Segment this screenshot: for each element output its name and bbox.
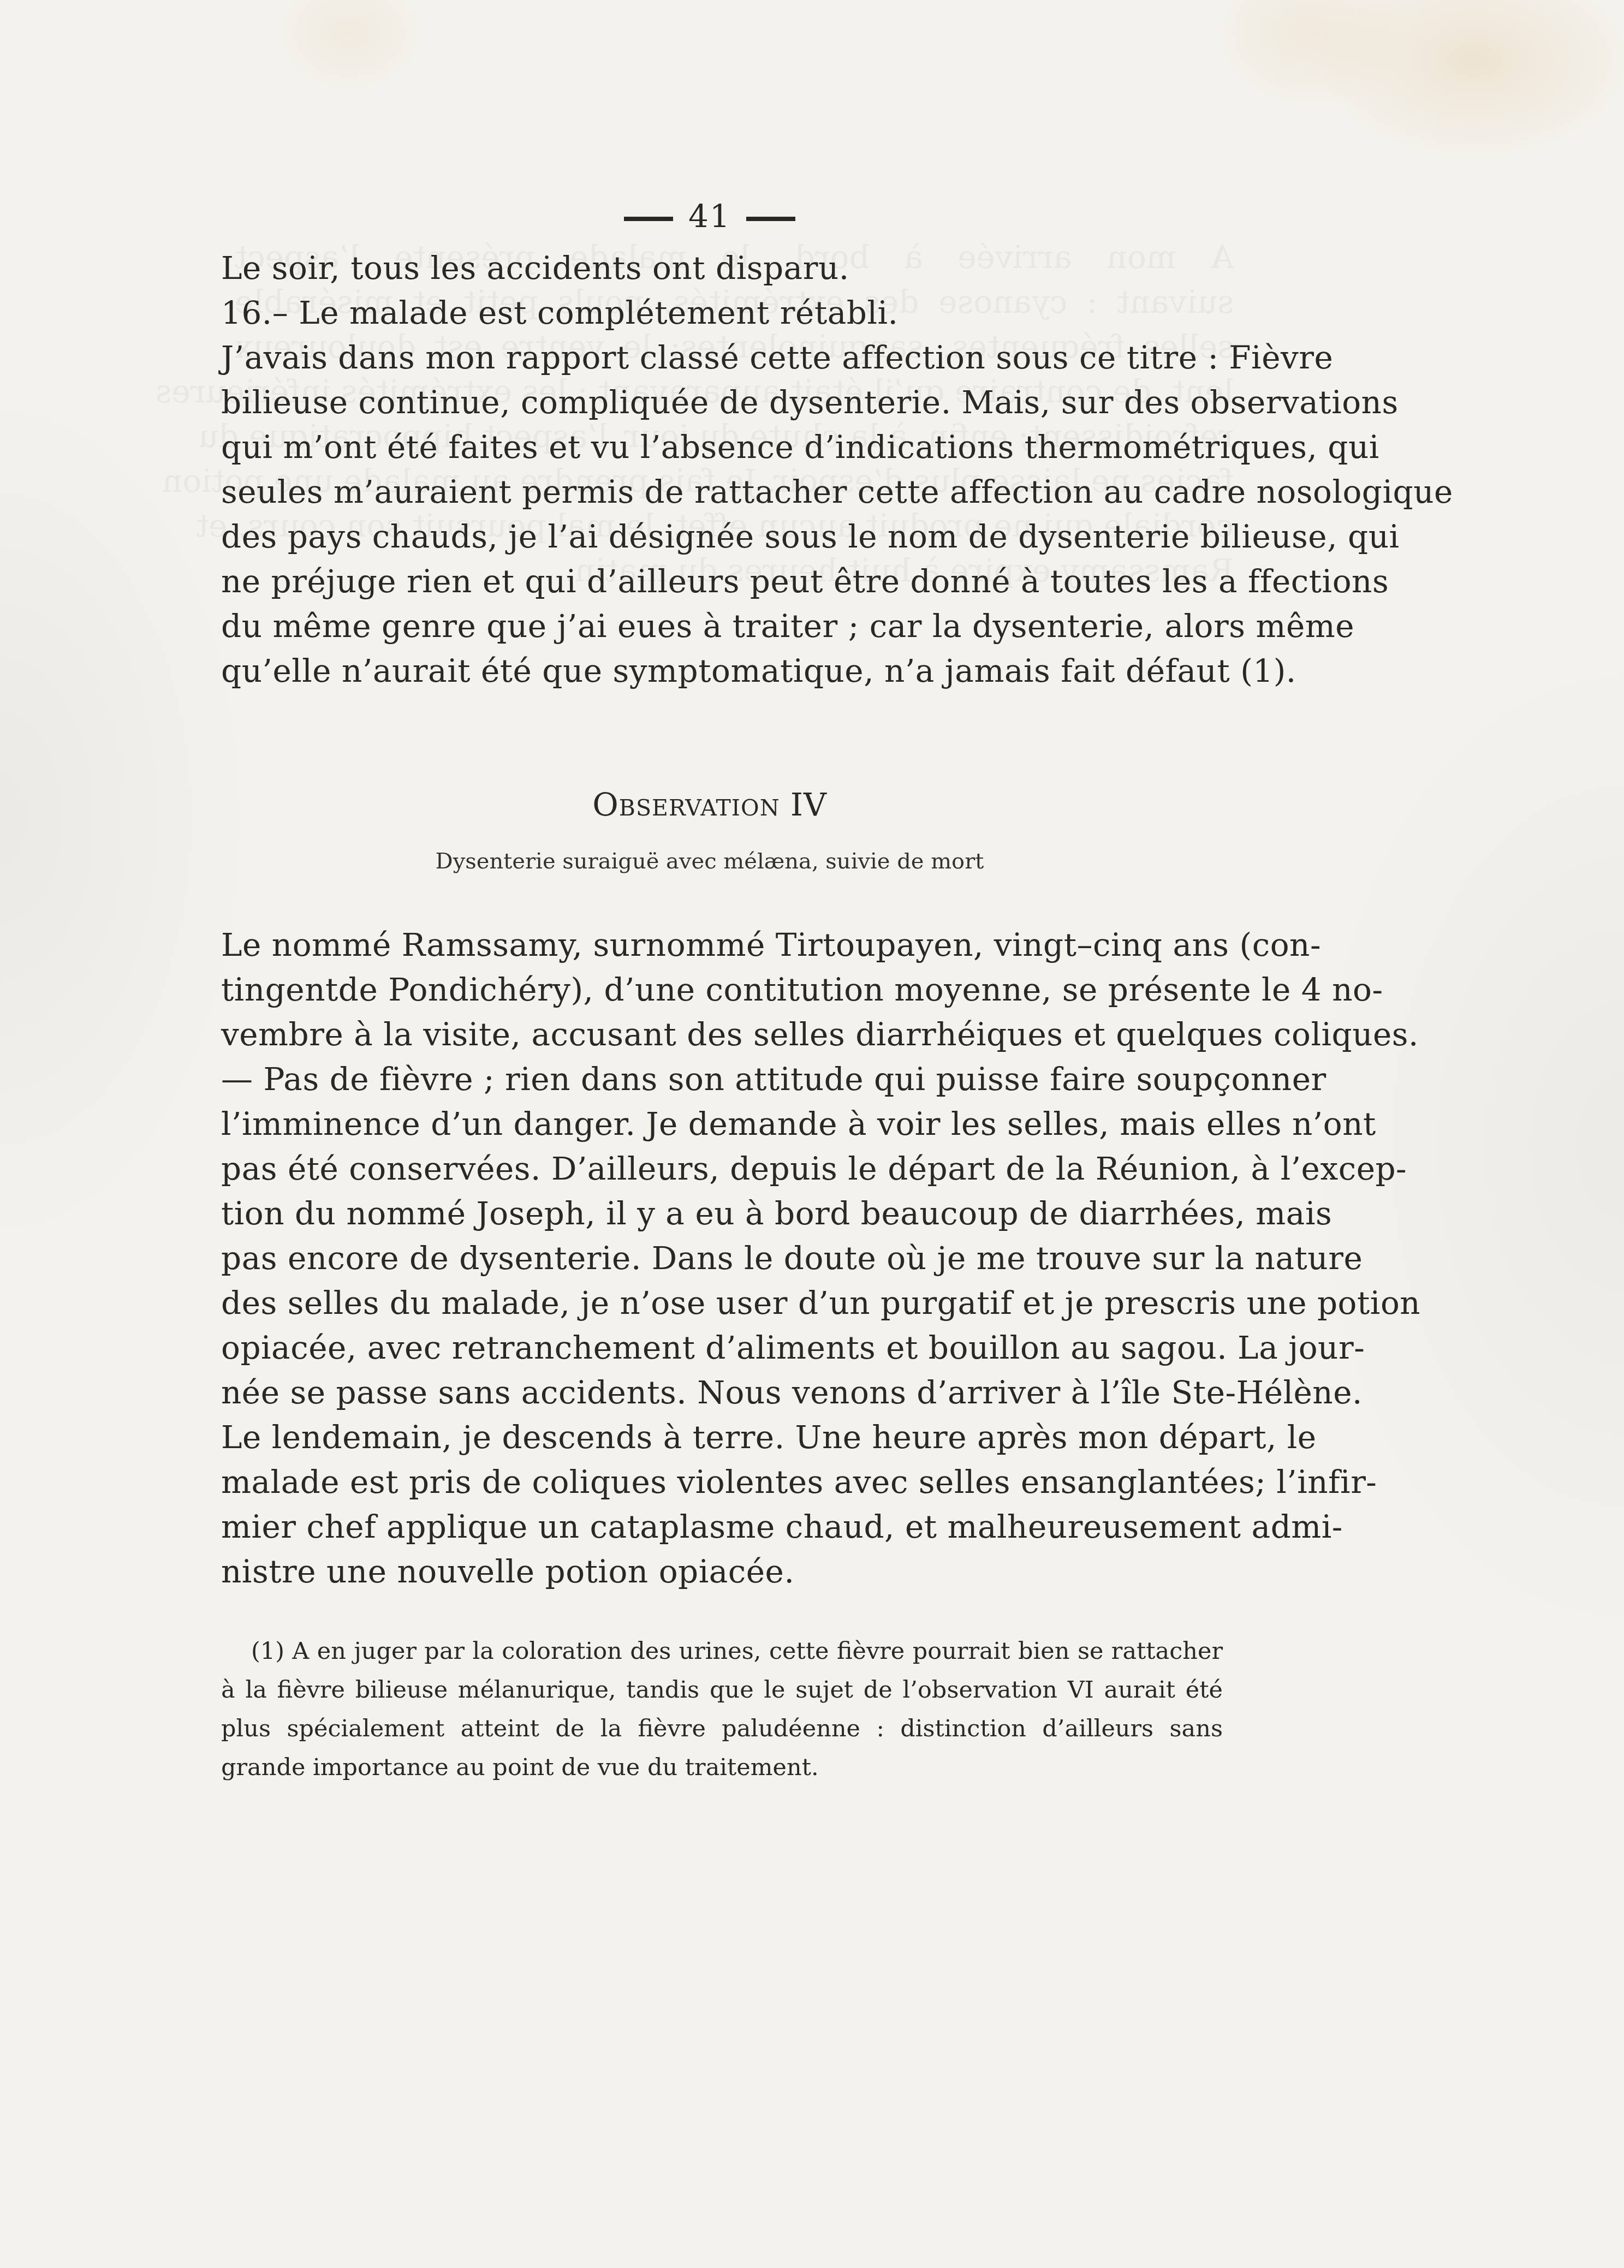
heading-word: Observation [592,786,780,823]
observation-subtitle: Dysenterie suraiguë avec mélæna, suivie … [0,849,1419,874]
text-line: tion du nommé Joseph, il y a eu à bord b… [221,1191,1223,1236]
text-line: l’imminence d’un danger. Je demande à vo… [221,1102,1223,1146]
em-dash-right [746,217,795,221]
footnote-line: à la fièvre bilieuse mélanurique, tandis… [221,1671,1223,1710]
text-line: du même genre que j’ai eues à traiter ; … [221,604,1223,648]
text-line: Le soir, tous les accidents ont disparu. [221,246,1223,290]
em-dash-left [624,217,673,221]
text-line: des selles du malade, je n’ose user d’un… [221,1281,1223,1325]
page-number-value: 41 [688,198,731,235]
observation-paragraph: Le nommé Ramssamy, surnommé Tirtoupayen,… [221,922,1223,1594]
text-line: des pays chauds, je l’ai désignée sous l… [221,514,1223,559]
text-line: J’avais dans mon rapport classé cette af… [221,335,1223,380]
text-line: née se passe sans accidents. Nous venons… [221,1370,1223,1415]
footnote-line: grande importance au point de vue du tra… [221,1748,1223,1787]
text-line: tingentde Pondichéry), d’une contitution… [221,967,1223,1012]
text-line: malade est pris de coliques violentes av… [221,1460,1223,1504]
page-number: 41 [0,198,1419,235]
text-line: mier chef applique un cataplasme chaud, … [221,1504,1223,1549]
text-line: qu’elle n’aurait été que symptomatique, … [221,648,1223,693]
footnote-line: (1) A en juger par la coloration des uri… [221,1632,1223,1671]
text-line: qui m’ont été faites et vu l’absence d’i… [221,425,1223,469]
text-line: nistre une nouvelle potion opiacée. [221,1549,1223,1594]
text-line: Le lendemain, je descends à terre. Une h… [221,1415,1223,1460]
text-line: opiacée, avec retranchement d’aliments e… [221,1325,1223,1370]
text-line: vembre à la visite, accusant des selles … [221,1012,1223,1057]
text-line: 16.– Le malade est complétement rétabli. [221,290,1223,335]
observation-heading: Observation IV [0,786,1419,823]
text-line: seules m’auraient permis de rattacher ce… [221,469,1223,514]
heading-number: IV [790,786,827,823]
text-line: pas encore de dysenterie. Dans le doute … [221,1236,1223,1281]
footnote: (1) A en juger par la coloration des uri… [221,1632,1223,1787]
footnote-line: plus spécialement atteint de la fièvre p… [221,1710,1223,1748]
text-line: Le nommé Ramssamy, surnommé Tirtoupayen,… [221,922,1223,967]
text-line: — Pas de fièvre ; rien dans son attitude… [221,1057,1223,1102]
text-line: pas été conservées. D’ailleurs, depuis l… [221,1146,1223,1191]
text-line: ne préjuge rien et qui d’ailleurs peut ê… [221,559,1223,604]
text-line: bilieuse continue, compliquée de dysente… [221,380,1223,425]
intro-paragraph: Le soir, tous les accidents ont disparu.… [221,246,1223,693]
